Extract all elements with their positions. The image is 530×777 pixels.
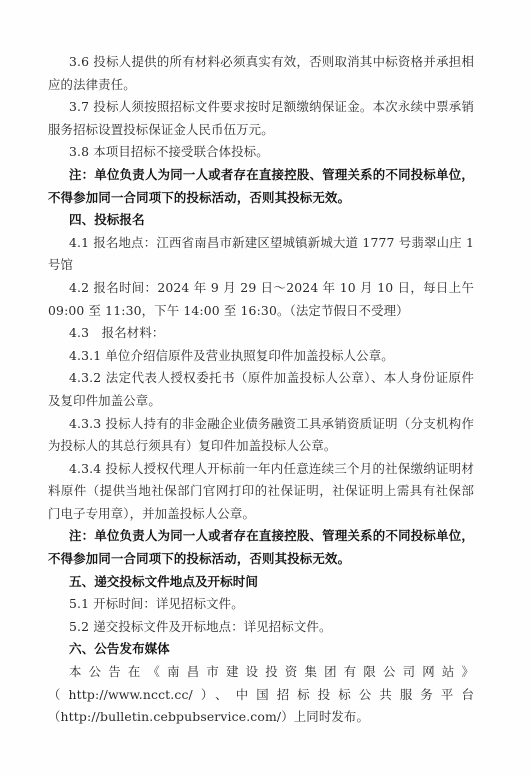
publication-media-statement: 本公告在《南昌市建设投资集团有限公司网站》（http://www.ncct.cc… [48,661,474,729]
section-heading-registration: 四、投标报名 [48,209,474,232]
section-heading-submission: 五、递交投标文件地点及开标时间 [48,571,474,594]
clause-4-3-3: 4.3.3 投标人持有的非金融企业债务融资工具承销资质证明（分支机构作为投标人的… [48,413,474,458]
clause-5-1: 5.1 开标时间：详见招标文件。 [48,593,474,616]
clause-4-3-2: 4.3.2 法定代表人授权委托书（原件加盖投标人公章）、本人身份证原件及复印件加… [48,367,474,412]
clause-4-3: 4.3 报名材料： [48,322,474,345]
clause-4-1: 4.1 报名地点：江西省南昌市新建区望城镇新城大道 1777 号翡翠山庄 1 号… [48,232,474,277]
clause-3-8: 3.8 本项目招标不接受联合体投标。 [48,141,474,164]
section-heading-media: 六、公告发布媒体 [48,638,474,661]
note-joint-bidding-2: 注：单位负责人为同一人或者存在直接控股、管理关系的不同投标单位，不得参加同一合同… [48,525,474,570]
document-page: 3.6 投标人提供的所有材料必须真实有效，否则取消其中标资格并承担相应的法律责任… [0,0,530,777]
clause-4-2: 4.2 报名时间：2024 年 9 月 29 日～2024 年 10 月 10 … [48,277,474,322]
clause-4-3-1: 4.3.1 单位介绍信原件及营业执照复印件加盖投标人公章。 [48,345,474,368]
clause-4-3-4: 4.3.4 投标人授权代理人开标前一年内任意连续三个月的社保缴纳证明材料原件（提… [48,458,474,526]
clause-5-2: 5.2 递交投标文件及开标地点：详见招标文件。 [48,616,474,639]
note-joint-bidding-1: 注：单位负责人为同一人或者存在直接控股、管理关系的不同投标单位，不得参加同一合同… [48,164,474,209]
document-body: 3.6 投标人提供的所有材料必须真实有效，否则取消其中标资格并承担相应的法律责任… [48,51,474,729]
clause-3-6: 3.6 投标人提供的所有材料必须真实有效，否则取消其中标资格并承担相应的法律责任… [48,51,474,96]
clause-3-7: 3.7 投标人须按照招标文件要求按时足额缴纳保证金。本次永续中票承销服务招标设置… [48,96,474,141]
